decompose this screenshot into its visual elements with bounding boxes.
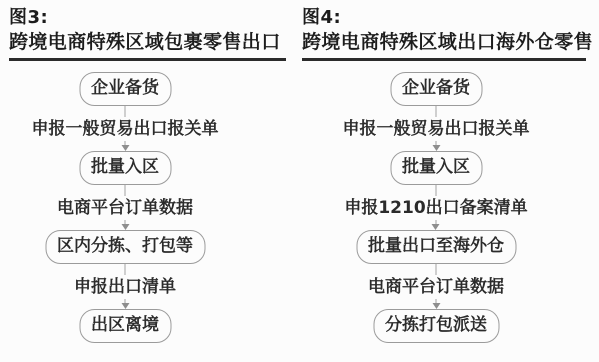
figure4-label: 图4: bbox=[302, 7, 586, 29]
figure3-header: 图3: 跨境电商特殊区域包裹零售出口 bbox=[9, 7, 286, 61]
flow-node: 批量入区 bbox=[390, 151, 482, 185]
flow-node: 批量出口至海外仓 bbox=[356, 230, 516, 264]
figure4-header: 图4: 跨境电商特殊区域出口海外仓零售 bbox=[302, 7, 586, 61]
arrow-label: 申报出口清单 bbox=[74, 275, 176, 299]
arrow-label: 电商平台订单数据 bbox=[368, 275, 504, 299]
page: 图3: 跨境电商特殊区域包裹零售出口 图4: 跨境电商特殊区域出口海外仓零售 企… bbox=[0, 0, 599, 362]
flow-connector: 申报一般贸易出口报关单 bbox=[343, 106, 530, 151]
arrow-label: 申报一般贸易出口报关单 bbox=[32, 117, 219, 141]
figure4-title: 跨境电商特殊区域出口海外仓零售 bbox=[302, 31, 586, 53]
connector-line bbox=[124, 264, 126, 275]
figure3-flowchart: 企业备货 申报一般贸易出口报关单 批量入区 电商平台订单数据 区内分拣、打包等 … bbox=[32, 72, 219, 343]
connector-line bbox=[124, 106, 126, 117]
connector-line bbox=[124, 185, 126, 196]
connector-line bbox=[435, 185, 437, 196]
flow-node: 分拣打包派送 bbox=[373, 309, 499, 343]
connector-line bbox=[435, 264, 437, 275]
flow-node: 企业备货 bbox=[79, 72, 171, 106]
flow-connector: 电商平台订单数据 bbox=[57, 185, 193, 230]
flow-connector: 申报出口清单 bbox=[74, 264, 176, 309]
figure3-title: 跨境电商特殊区域包裹零售出口 bbox=[9, 31, 286, 53]
flow-connector: 电商平台订单数据 bbox=[368, 264, 504, 309]
flow-node: 批量入区 bbox=[79, 151, 171, 185]
connector-line bbox=[435, 106, 437, 117]
flow-connector: 申报1210出口备案清单 bbox=[344, 185, 527, 230]
flow-node: 企业备货 bbox=[390, 72, 482, 106]
arrow-label: 电商平台订单数据 bbox=[57, 196, 193, 220]
flow-connector: 申报一般贸易出口报关单 bbox=[32, 106, 219, 151]
flow-node: 区内分拣、打包等 bbox=[45, 230, 205, 264]
arrow-label: 申报1210出口备案清单 bbox=[344, 196, 527, 220]
flow-node: 出区离境 bbox=[79, 309, 171, 343]
figure3-label: 图3: bbox=[9, 7, 286, 29]
figure4-flowchart: 企业备货 申报一般贸易出口报关单 批量入区 申报1210出口备案清单 批量出口至… bbox=[343, 72, 530, 343]
arrow-label: 申报一般贸易出口报关单 bbox=[343, 117, 530, 141]
